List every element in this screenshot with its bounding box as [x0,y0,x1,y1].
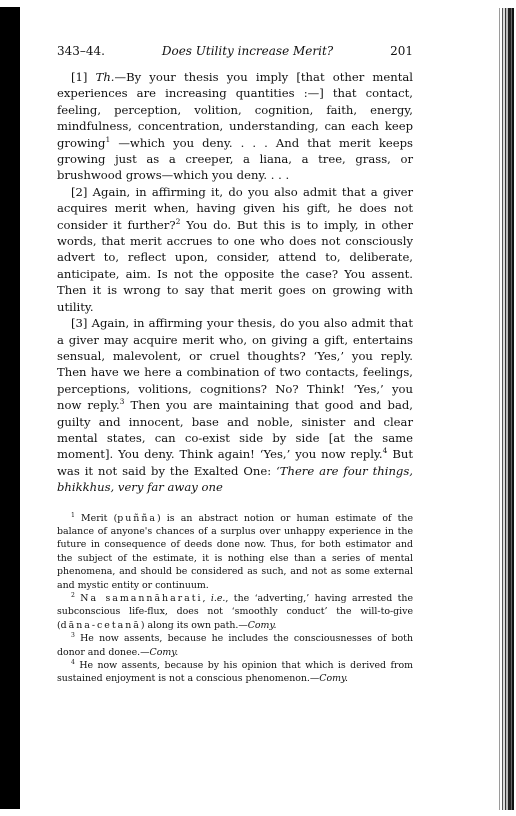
book-page: 343–44. Does Utility increase Merit? 201… [57,44,413,686]
footnote-2: 2 Na samannāharati, i.e., the ‘adverting… [57,592,413,632]
chapter-title: Does Utility increase Merit? [162,44,333,58]
source-label: Comy. [319,673,348,684]
section-number: 343–44. [57,44,105,58]
footnote-4: 4 He now assents, because by his opinion… [57,659,413,686]
speaker-label: Th. [96,70,115,84]
footnotes: 1 Merit (puñña) is an abstract notion or… [57,512,413,686]
scan-left-margin-shadow [0,7,20,809]
body-text: [1] Th.—By your thesis you imply [that o… [57,69,413,496]
pali-term: puñña [117,513,157,524]
scan-page-edges [498,8,514,810]
source-label: Comy. [150,647,179,658]
running-head: 343–44. Does Utility increase Merit? 201 [57,44,413,64]
source-label: Comy. [248,620,277,631]
footnote-3: 3 He now assents, because he includes th… [57,632,413,659]
pali-term: dāna-cetanā [61,620,141,631]
paragraph-2: [2] Again, in affirming it, do you also … [57,184,413,315]
page-number: 201 [390,44,413,58]
paragraph-3: [3] Again, in affirming your thesis, do … [57,315,413,495]
paragraph-1: [1] Th.—By your thesis you imply [that o… [57,69,413,184]
footnote-1: 1 Merit (puñña) is an abstract notion or… [57,512,413,592]
pali-term: Na samannāharati [80,593,202,604]
